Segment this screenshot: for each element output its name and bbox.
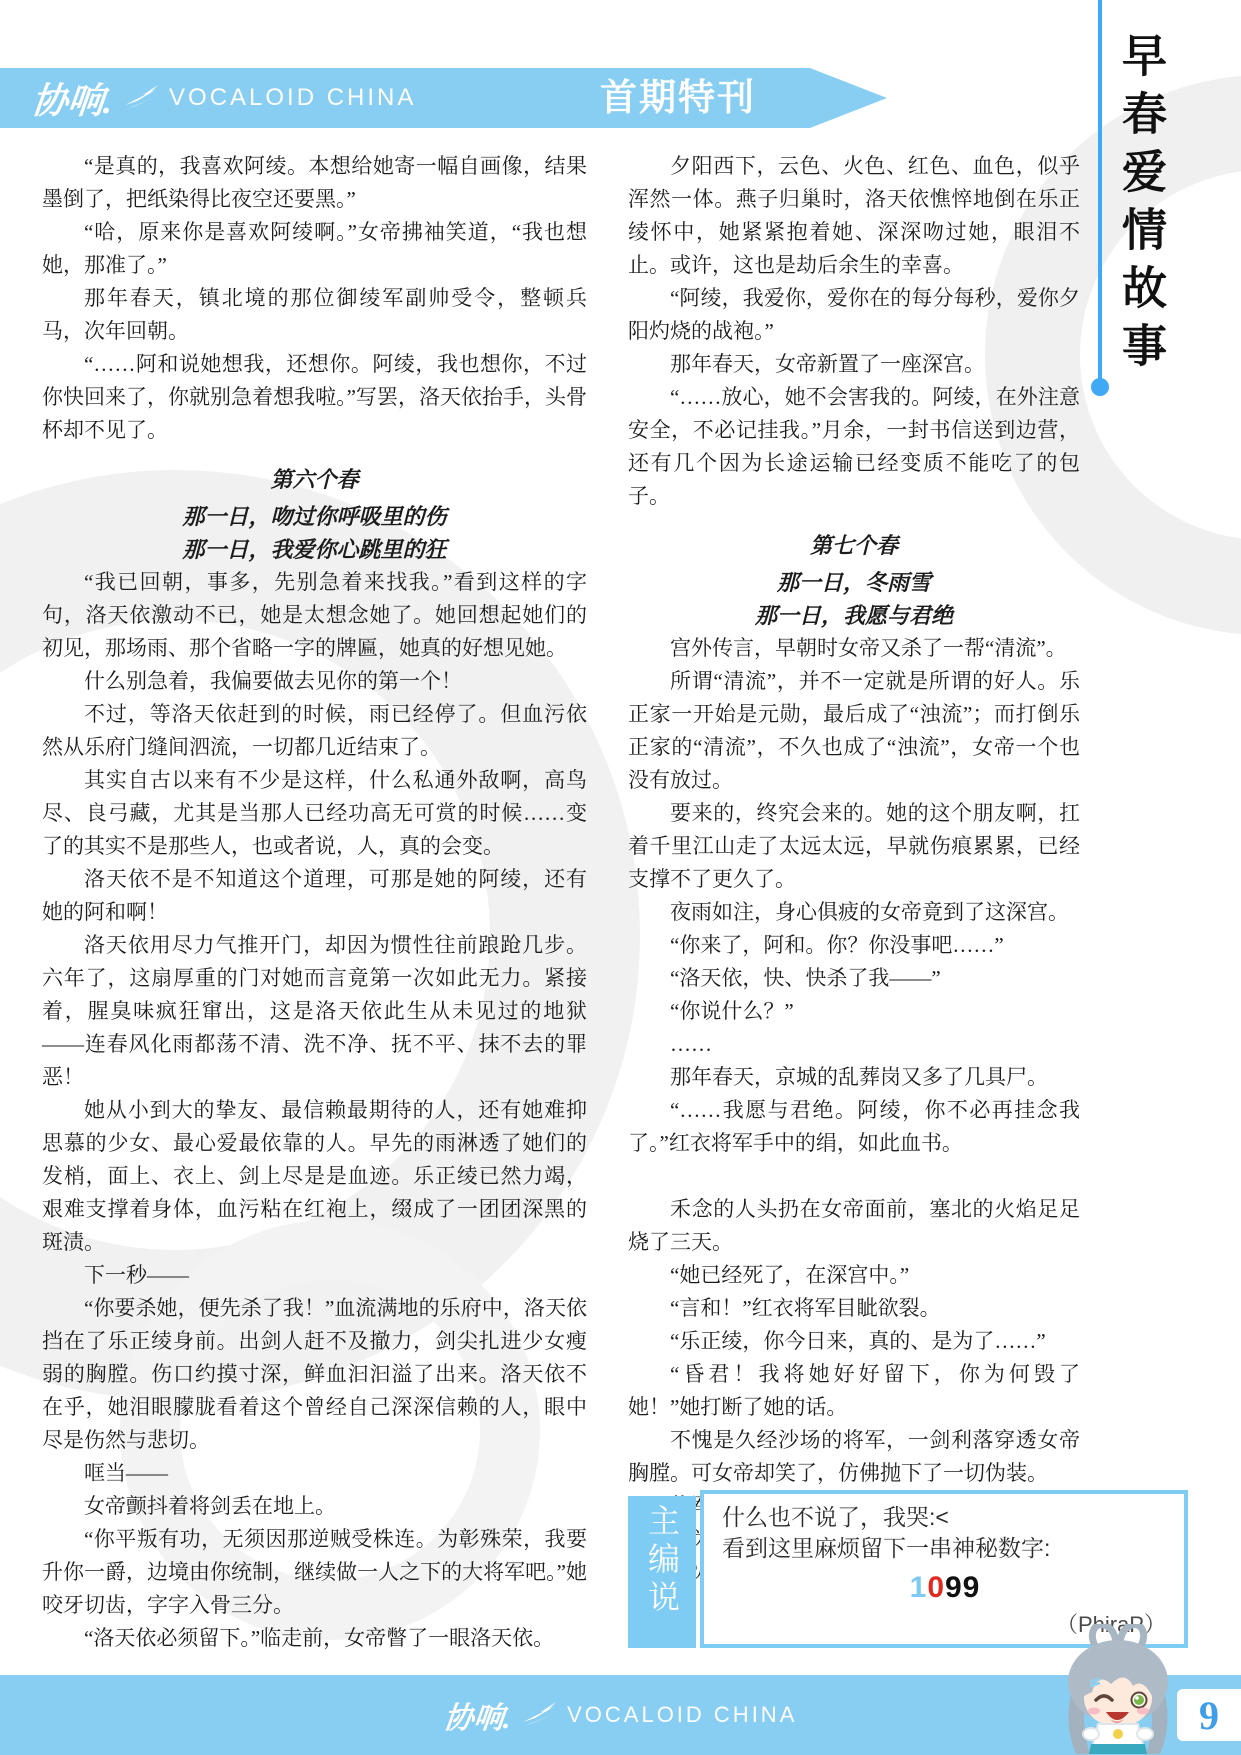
story-paragraph: “她已经死了，在深宫中。” bbox=[628, 1259, 1080, 1292]
story-paragraph: 什么别急着，我偏要做去见你的第一个！ bbox=[42, 665, 587, 698]
mystery-number-digit2: 0 bbox=[927, 1571, 945, 1604]
editor-note-line1: 什么也不说了，我哭:< bbox=[722, 1502, 1168, 1533]
footer-brand-logo: 协响. VOCALOID CHINA bbox=[444, 1693, 798, 1737]
magazine-page: 协响. VOCALOID CHINA 首期特刊 早春爱情故事 “是真的，我喜欢阿… bbox=[0, 0, 1241, 1755]
section-heading: 第七个春 bbox=[628, 529, 1080, 562]
story-paragraph: “你要杀她，便先杀了我！”血流满地的乐府中，洛天依挡在了乐正绫身前。出剑人赶不及… bbox=[42, 1292, 587, 1457]
footer-wing-icon bbox=[521, 1702, 557, 1728]
title-divider-line bbox=[1098, 0, 1102, 384]
scene-break bbox=[628, 1160, 1080, 1193]
brand-logo: 协响. VOCALOID CHINA bbox=[0, 73, 416, 124]
brand-logo-zh: 协响. bbox=[29, 73, 115, 124]
editor-note-tab-label: 主编说 bbox=[639, 1496, 685, 1618]
story-paragraph: 夜雨如注，身心俱疲的女帝竟到了这深宫。 bbox=[628, 896, 1080, 929]
story-paragraph: “昏君！我将她好好留下，你为何毁了她！”她打断了她的话。 bbox=[628, 1358, 1080, 1424]
story-paragraph: “乐正绫，你今日来，真的、是为了……” bbox=[628, 1325, 1080, 1358]
story-paragraph: “洛天依，快、快杀了我——” bbox=[628, 962, 1080, 995]
story-paragraph: 要来的，终究会来的。她的这个朋友啊，扛着千里江山走了太远太远，早就伤痕累累，已经… bbox=[628, 797, 1080, 896]
story-column-right: 夕阳西下，云色、火色、红色、血色，似乎浑然一体。燕子归巢时，洛天依憔悴地倒在乐正… bbox=[628, 150, 1080, 1589]
story-paragraph: 夕阳西下，云色、火色、红色、血色，似乎浑然一体。燕子归巢时，洛天依憔悴地倒在乐正… bbox=[628, 150, 1080, 282]
section-heading: 第六个春 bbox=[42, 463, 587, 496]
story-paragraph: 宫外传言，早朝时女帝又杀了一帮“清流”。 bbox=[628, 632, 1080, 665]
story-paragraph: “言和！”红衣将军目眦欲裂。 bbox=[628, 1292, 1080, 1325]
story-paragraph: 不愧是久经沙场的将军，一剑利落穿透女帝胸膛。可女帝却笑了，仿佛抛下了一切伪装。 bbox=[628, 1424, 1080, 1490]
mystery-number: 1099 bbox=[722, 1572, 1168, 1603]
story-paragraph: 她从小到大的挚友、最信赖最期待的人，还有她难抑思慕的少女、最心爱最依靠的人。早先… bbox=[42, 1094, 587, 1259]
story-paragraph: 哐当—— bbox=[42, 1457, 587, 1490]
story-paragraph: 那年春天，镇北境的那位御绫军副帅受令，整顿兵马，次年回朝。 bbox=[42, 282, 587, 348]
story-paragraph: “你说什么？” bbox=[628, 995, 1080, 1028]
story-paragraph: 不过，等洛天依赶到的时候，雨已经停了。但血污依然从乐府门缝间泗流，一切都几近结束… bbox=[42, 698, 587, 764]
story-paragraph: 禾念的人头扔在女帝面前，塞北的火焰足足烧了三天。 bbox=[628, 1193, 1080, 1259]
story-paragraph: 其实自古以来有不少是这样，什么私通外敌啊，高鸟尽、良弓藏，尤其是当那人已经功高无… bbox=[42, 764, 587, 863]
story-paragraph: “你来了，阿和。你？你没事吧……” bbox=[628, 929, 1080, 962]
title-divider-dot bbox=[1091, 378, 1109, 396]
editor-note-tab: 主编说 bbox=[628, 1496, 696, 1648]
story-paragraph: “……我愿与君绝。阿绫，你不必再挂念我了。”红衣将军手中的绢，如此血书。 bbox=[628, 1094, 1080, 1160]
header-banner: 协响. VOCALOID CHINA 首期特刊 bbox=[0, 68, 887, 128]
footer-brand-logo-zh: 协响. bbox=[441, 1693, 513, 1737]
section-heading: 那一日，吻过你呼吸里的伤 bbox=[42, 500, 587, 533]
mystery-number-digit1: 1 bbox=[910, 1571, 928, 1604]
brand-logo-en: VOCALOID CHINA bbox=[169, 84, 416, 112]
page-number: 9 bbox=[1199, 1692, 1219, 1739]
story-paragraph: “……阿和说她想我，还想你。阿绫，我也想你，不过你快回来了，你就别急着想我啦。”… bbox=[42, 348, 587, 447]
story-paragraph: …… bbox=[628, 1028, 1080, 1061]
story-paragraph: “我已回朝，事多，先别急着来找我。”看到这样的字句，洛天依激动不已，她是太想念她… bbox=[42, 566, 587, 665]
story-paragraph: “你平叛有功，无须因那逆贼受株连。为彰殊荣，我要升你一爵，边境由你统制，继续做一… bbox=[42, 1523, 587, 1622]
story-paragraph: 所谓“清流”，并不一定就是所谓的好人。乐正家一开始是元勋，最后成了“浊流”；而打… bbox=[628, 665, 1080, 797]
section-heading: 那一日，冬雨雪 bbox=[628, 566, 1080, 599]
story-column-left: “是真的，我喜欢阿绫。本想给她寄一幅自画像，结果墨倒了，把纸染得比夜空还要黑。”… bbox=[42, 150, 587, 1655]
article-title: 早春爱情故事 bbox=[1108, 32, 1173, 380]
section-heading: 那一日，我爱你心跳里的狂 bbox=[42, 533, 587, 566]
story-paragraph: “……放心，她不会害我的。阿绫，在外注意安全，不必记挂我。”月余，一封书信送到边… bbox=[628, 381, 1080, 513]
section-heading: 那一日，我愿与君绝 bbox=[628, 599, 1080, 632]
story-paragraph: 下一秒—— bbox=[42, 1259, 587, 1292]
footer-brand-logo-en: VOCALOID CHINA bbox=[567, 1702, 797, 1728]
story-paragraph: 洛天依不是不知道这个道理，可那是她的阿绫，还有她的阿和啊！ bbox=[42, 863, 587, 929]
issue-title: 首期特刊 bbox=[600, 68, 756, 128]
story-paragraph: 那年春天，京城的乱葬岗又多了几具尸。 bbox=[628, 1061, 1080, 1094]
story-paragraph: “阿绫，我爱你，爱你在的每分每秒，爱你夕阳灼烧的战袍。” bbox=[628, 282, 1080, 348]
chibi-mascot-luo-tianyi bbox=[1046, 1624, 1190, 1755]
story-paragraph: 洛天依用尽力气推开门，却因为惯性往前踉跄几步。六年了，这扇厚重的门对她而言竟第一… bbox=[42, 929, 587, 1094]
mystery-number-digits34: 99 bbox=[945, 1571, 980, 1604]
story-paragraph: “洛天依必须留下。”临走前，女帝瞥了一眼洛天依。 bbox=[42, 1622, 587, 1655]
editor-note-line2: 看到这里麻烦留下一串神秘数字: bbox=[722, 1533, 1168, 1564]
story-paragraph: 那年春天，女帝新置了一座深宫。 bbox=[628, 348, 1080, 381]
story-paragraph: 女帝颤抖着将剑丢在地上。 bbox=[42, 1490, 587, 1523]
story-paragraph: “哈，原来你是喜欢阿绫啊。”女帝拂袖笑道，“我也想她，那准了。” bbox=[42, 216, 587, 282]
wing-icon bbox=[123, 85, 159, 111]
story-paragraph: “是真的，我喜欢阿绫。本想给她寄一幅自画像，结果墨倒了，把纸染得比夜空还要黑。” bbox=[42, 150, 587, 216]
